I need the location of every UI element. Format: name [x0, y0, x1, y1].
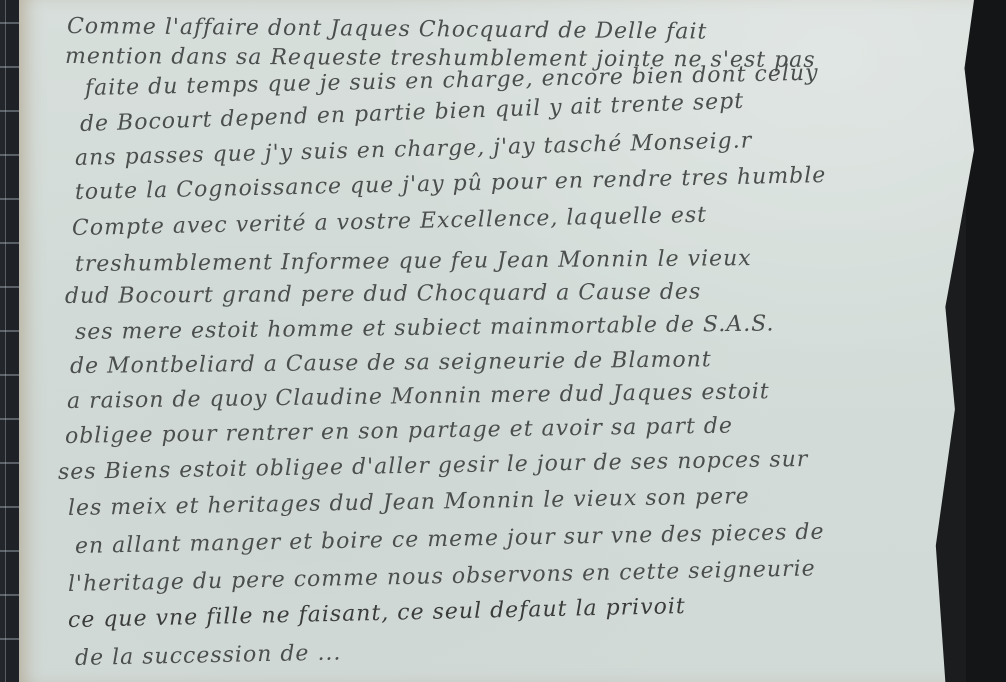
- manuscript-line: ce que vne fille ne faisant, ce seul def…: [68, 594, 686, 633]
- manuscript-line: ses Biens estoit obligee d'aller gesir l…: [58, 447, 809, 485]
- backdrop-grid-left: [0, 0, 20, 682]
- backdrop-right: [966, 0, 1006, 682]
- manuscript-line: obligee pour rentrer en son partage et a…: [65, 414, 733, 449]
- manuscript-line: de la succession de ...: [75, 640, 342, 671]
- manuscript-line: a raison de quoy Claudine Monnin mere du…: [67, 379, 770, 414]
- manuscript-line: de Montbeliard a Cause de sa seigneurie …: [70, 347, 712, 379]
- manuscript-page: Comme l'affaire dont Jaques Chocquard de…: [19, 0, 974, 682]
- manuscript-line: en allant manger et boire ce meme jour s…: [75, 520, 825, 559]
- manuscript-text: Comme l'affaire dont Jaques Chocquard de…: [19, 0, 974, 682]
- manuscript-line: l'heritage du pere comme nous observons …: [68, 556, 816, 597]
- manuscript-line: Compte avec verité a vostre Excellence, …: [72, 203, 707, 241]
- manuscript-line: Comme l'affaire dont Jaques Chocquard de…: [67, 14, 708, 45]
- manuscript-line: toute la Cognoissance que j'ay pû pour e…: [75, 163, 827, 205]
- manuscript-line: les meix et heritages dud Jean Monnin le…: [68, 484, 750, 521]
- manuscript-line: treshumblement Informee que feu Jean Mon…: [75, 246, 752, 277]
- manuscript-line: dud Bocourt grand pere dud Chocquard a C…: [65, 280, 701, 309]
- manuscript-line: ans passes que j'y suis en charge, j'ay …: [75, 128, 753, 171]
- manuscript-line: ses mere estoit homme et subiect mainmor…: [75, 311, 775, 345]
